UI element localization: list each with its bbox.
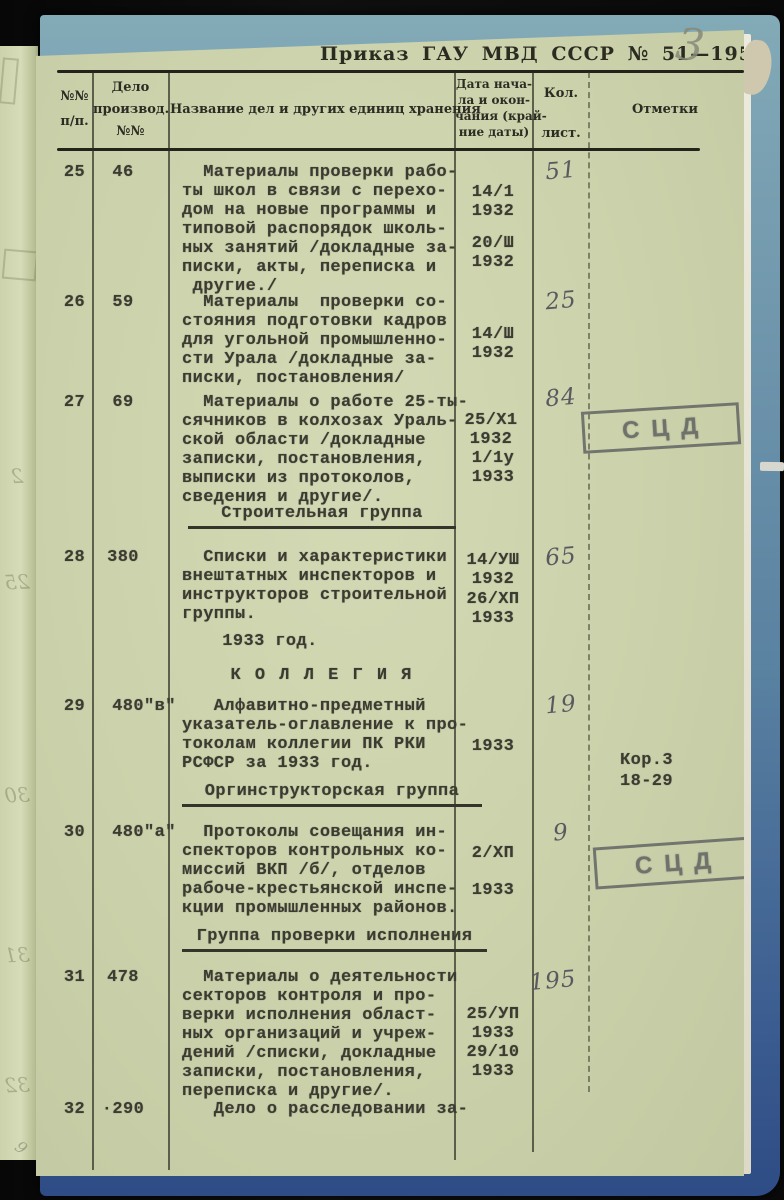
row-date-end: 1933: [455, 881, 531, 900]
row-title: Материалы проверки со- стояния подготовк…: [182, 293, 447, 388]
archive-inventory-page: Приказ ГАУ МВД СССР № 51—1951 г. №№ п/п.…: [36, 30, 744, 1176]
row-file-no: 46: [88, 163, 158, 182]
row-number: 31: [57, 968, 92, 987]
table-top-border: [57, 70, 744, 73]
row-title: Списки и характеристики внештатных инспе…: [182, 548, 447, 624]
row-file-no: 69: [88, 393, 158, 412]
row-file-no: 59: [88, 293, 158, 312]
header-col-title: Название дел и других единиц хранения: [170, 102, 454, 117]
column-divider: [92, 72, 94, 1170]
row-sheet-count: 19: [529, 689, 593, 720]
scd-stamp: СЦД: [593, 836, 756, 889]
header-col-dates: Дата нача- ла и окон- чания (край- ние д…: [455, 76, 533, 140]
row-number: 29: [57, 697, 92, 716]
background-reflection-mark: [760, 462, 784, 471]
row-title: Материалы проверки рабо- ты школ в связи…: [182, 163, 458, 296]
row-title: Дело о расследовании за-: [182, 1100, 468, 1119]
group-heading-execution-check: Группа проверки исполнения: [182, 927, 487, 952]
ghost-stamp-outline: [2, 249, 38, 282]
ghost-number: 2: [0, 463, 34, 488]
row-file-no: 480"в": [98, 697, 190, 716]
row-date-start: 14/УШ 1932: [455, 551, 531, 589]
row-file-no: 478: [88, 968, 158, 987]
row-title: Алфавитно-предметный указатель-оглавлени…: [182, 697, 468, 773]
group-heading-org-instructor: Оргинструкторская группа: [182, 782, 482, 807]
scd-stamp: СЦД: [581, 402, 741, 454]
row-title: Протоколы совещания ин- спекторов контро…: [182, 823, 458, 918]
row-title: Материалы о работе 25-ты- сячников в кол…: [182, 393, 468, 507]
row-sheet-count: 84: [529, 382, 593, 413]
row-file-no: ·290: [88, 1100, 158, 1119]
scanned-document-photo: 2 25 30 31 32 9 3 Приказ ГАУ МВД СССР № …: [0, 0, 784, 1200]
row-date-start: 1933: [455, 737, 531, 756]
row-date-end: 26/ХП 1933: [455, 590, 531, 628]
ghost-number: 25: [0, 569, 34, 594]
row-date-start: 14/Ш 1932: [455, 325, 531, 363]
row-sheet-count: 65: [529, 541, 593, 572]
ghost-number: 30: [0, 782, 34, 807]
row-date-end: 20/Ш 1932: [455, 234, 531, 272]
row-date-end: 29/10 1933: [455, 1043, 531, 1081]
row-sheet-count: 25: [529, 285, 593, 316]
row-sheet-count: 51: [529, 155, 593, 186]
year-heading: 1933 год.: [185, 632, 355, 651]
row-date-start: 25/УП 1933: [455, 1005, 531, 1043]
row-date-start: 25/Х1 1932: [453, 411, 529, 449]
row-date-start: 14/1 1932: [455, 183, 531, 221]
row-date-end: 1/1у 1933: [455, 449, 531, 487]
row-number: 32: [57, 1100, 92, 1119]
row-number: 30: [57, 823, 92, 842]
ghost-number: 31: [0, 942, 34, 967]
header-col-file: Дело производ. №№: [93, 77, 168, 143]
header-col-sheets: Кол. лист.: [534, 84, 588, 144]
table-header-bottom-border: [57, 148, 700, 151]
column-divider: [588, 72, 590, 1092]
row-sheet-count: 9: [529, 817, 593, 848]
group-heading-construction: Строительная группа: [188, 504, 456, 529]
row-number: 28: [57, 548, 92, 567]
ghost-stamp-outline: [0, 57, 19, 104]
row-sheet-count: 195: [521, 965, 585, 996]
collegium-heading: К О Л Л Е Г И Я: [186, 666, 458, 685]
row-date-start: 2/ХП: [455, 844, 531, 863]
ghost-number: 32: [0, 1072, 34, 1097]
underlying-page-edge: 2 25 30 31 32: [0, 46, 38, 1160]
row-file-no: 380: [88, 548, 158, 567]
row-marks: Кор.3 18-29: [620, 750, 673, 792]
row-number: 27: [57, 393, 92, 412]
column-divider: [168, 72, 170, 1170]
row-title: Материалы о деятельности секторов контро…: [182, 968, 458, 1101]
row-number: 26: [57, 293, 92, 312]
row-file-no: 480"а": [98, 823, 190, 842]
header-col-marks: Отметки: [590, 102, 740, 117]
row-number: 25: [57, 163, 92, 182]
header-col-number: №№ п/п.: [57, 84, 92, 134]
